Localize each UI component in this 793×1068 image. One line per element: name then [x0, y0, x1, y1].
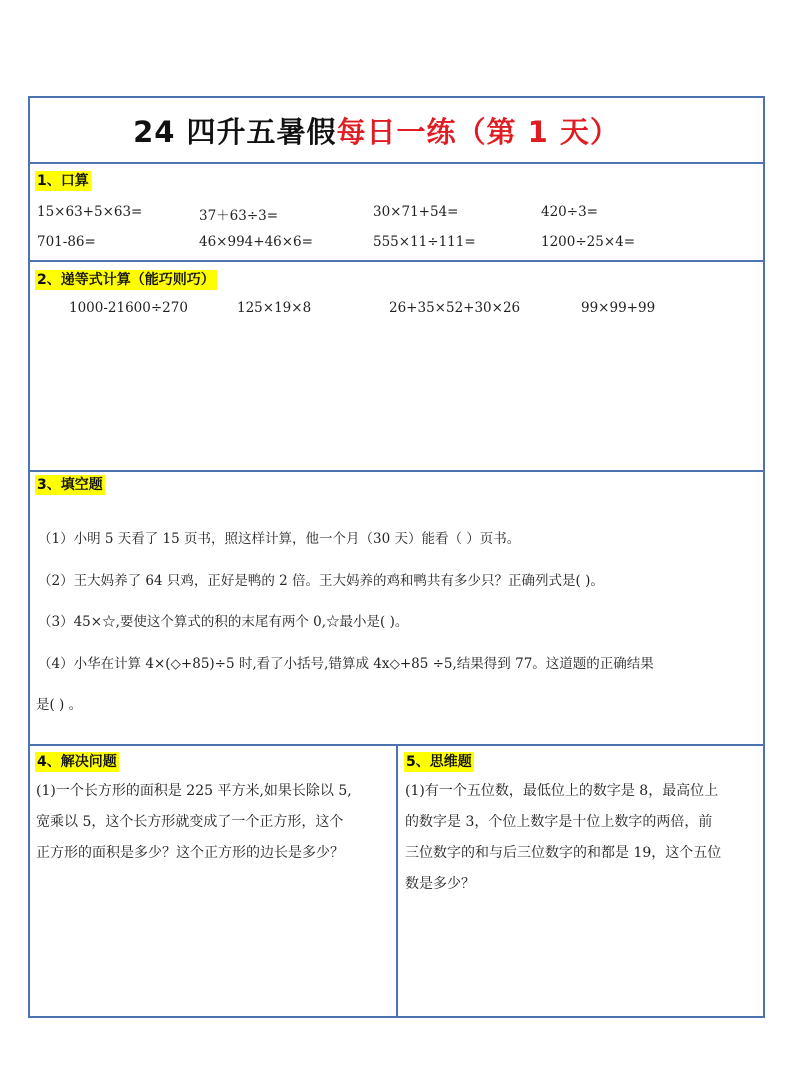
problem: 555×11÷111=: [373, 234, 476, 250]
question-4: （4）小华在计算 4×(◇+85)÷5 时,看了小括号,错算成 4x◇+85 ÷…: [38, 652, 654, 672]
section-thinking: 5、思维题 (1)有一个五位数，最低位上的数字是 8，最高位上 的数字是 3，个…: [399, 746, 763, 1018]
problem-text: (1)一个长方形的面积是 225 平方米,如果长除以 5, 宽乘以 5，这个长方…: [36, 776, 352, 869]
problem: 46×994+46×6=: [199, 234, 313, 250]
problem-text: (1)有一个五位数，最低位上的数字是 8，最高位上 的数字是 3，个位上数字是十…: [405, 776, 721, 900]
problem: 99×99+99: [581, 300, 655, 316]
bottom-row: 4、解决问题 (1)一个长方形的面积是 225 平方米,如果长除以 5, 宽乘以…: [30, 746, 763, 1018]
problem: 15×63+5×63=: [37, 204, 142, 220]
section5-heading: 5、思维题: [404, 752, 474, 772]
problem: 1200÷25×4=: [541, 234, 635, 250]
section-fill-blank: 3、填空题 （1）小明 5 天看了 15 页书，照这样计算，他一个月（30 天）…: [30, 472, 763, 746]
question-4-continued: 是( ) 。: [36, 693, 82, 713]
problem: 26+35×52+30×26: [389, 300, 520, 316]
column-divider: [396, 746, 398, 1018]
problem: 420÷3=: [541, 204, 598, 220]
problem: 37＋63÷3=: [199, 204, 278, 224]
problem: 125×19×8: [237, 300, 311, 316]
question-3: （3）45×☆,要使这个算式的积的末尾有两个 0,☆最小是( )。: [38, 610, 408, 630]
problem: 1000-21600÷270: [69, 300, 188, 316]
title-black: 24 四升五暑假: [133, 115, 336, 149]
title-row: 24 四升五暑假每日一练（第 1 天）: [30, 98, 763, 164]
question-1: （1）小明 5 天看了 15 页书，照这样计算，他一个月（30 天）能看（ ）页…: [38, 527, 520, 547]
section-mental-math: 1、口算 15×63+5×63= 37＋63÷3= 30×71+54= 420÷…: [30, 164, 763, 262]
question-2: （2）王大妈养了 64 只鸡，正好是鸭的 2 倍。王大妈养的鸡和鸭共有多少只？正…: [38, 569, 604, 589]
text-line: 三位数字的和与后三位数字的和都是 19，这个五位: [405, 838, 721, 869]
title-red: 每日一练（第 1 天）: [337, 115, 620, 149]
section4-heading: 4、解决问题: [35, 752, 119, 772]
text-line: 数是多少？: [405, 869, 721, 900]
section2-heading: 2、递等式计算（能巧则巧）: [35, 270, 217, 290]
problem: 701-86=: [37, 234, 96, 250]
text-line: 宽乘以 5，这个长方形就变成了一个正方形，这个: [36, 807, 352, 838]
text-line: (1)一个长方形的面积是 225 平方米,如果长除以 5,: [36, 776, 352, 807]
page-title: 24 四升五暑假每日一练（第 1 天）: [133, 110, 620, 151]
problem: 30×71+54=: [373, 204, 458, 220]
section3-heading: 3、填空题: [35, 475, 105, 495]
section1-heading: 1、口算: [35, 171, 91, 191]
text-line: (1)有一个五位数，最低位上的数字是 8，最高位上: [405, 776, 721, 807]
text-line: 的数字是 3，个位上数字是十位上数字的两倍，前: [405, 807, 721, 838]
section-problem-solving: 4、解决问题 (1)一个长方形的面积是 225 平方米,如果长除以 5, 宽乘以…: [30, 746, 396, 1018]
section-step-calculation: 2、递等式计算（能巧则巧） 1000-21600÷270 125×19×8 26…: [30, 262, 763, 472]
text-line: 正方形的面积是多少？这个正方形的边长是多少？: [36, 838, 352, 869]
worksheet-table: 24 四升五暑假每日一练（第 1 天） 1、口算 15×63+5×63= 37＋…: [28, 96, 765, 1018]
